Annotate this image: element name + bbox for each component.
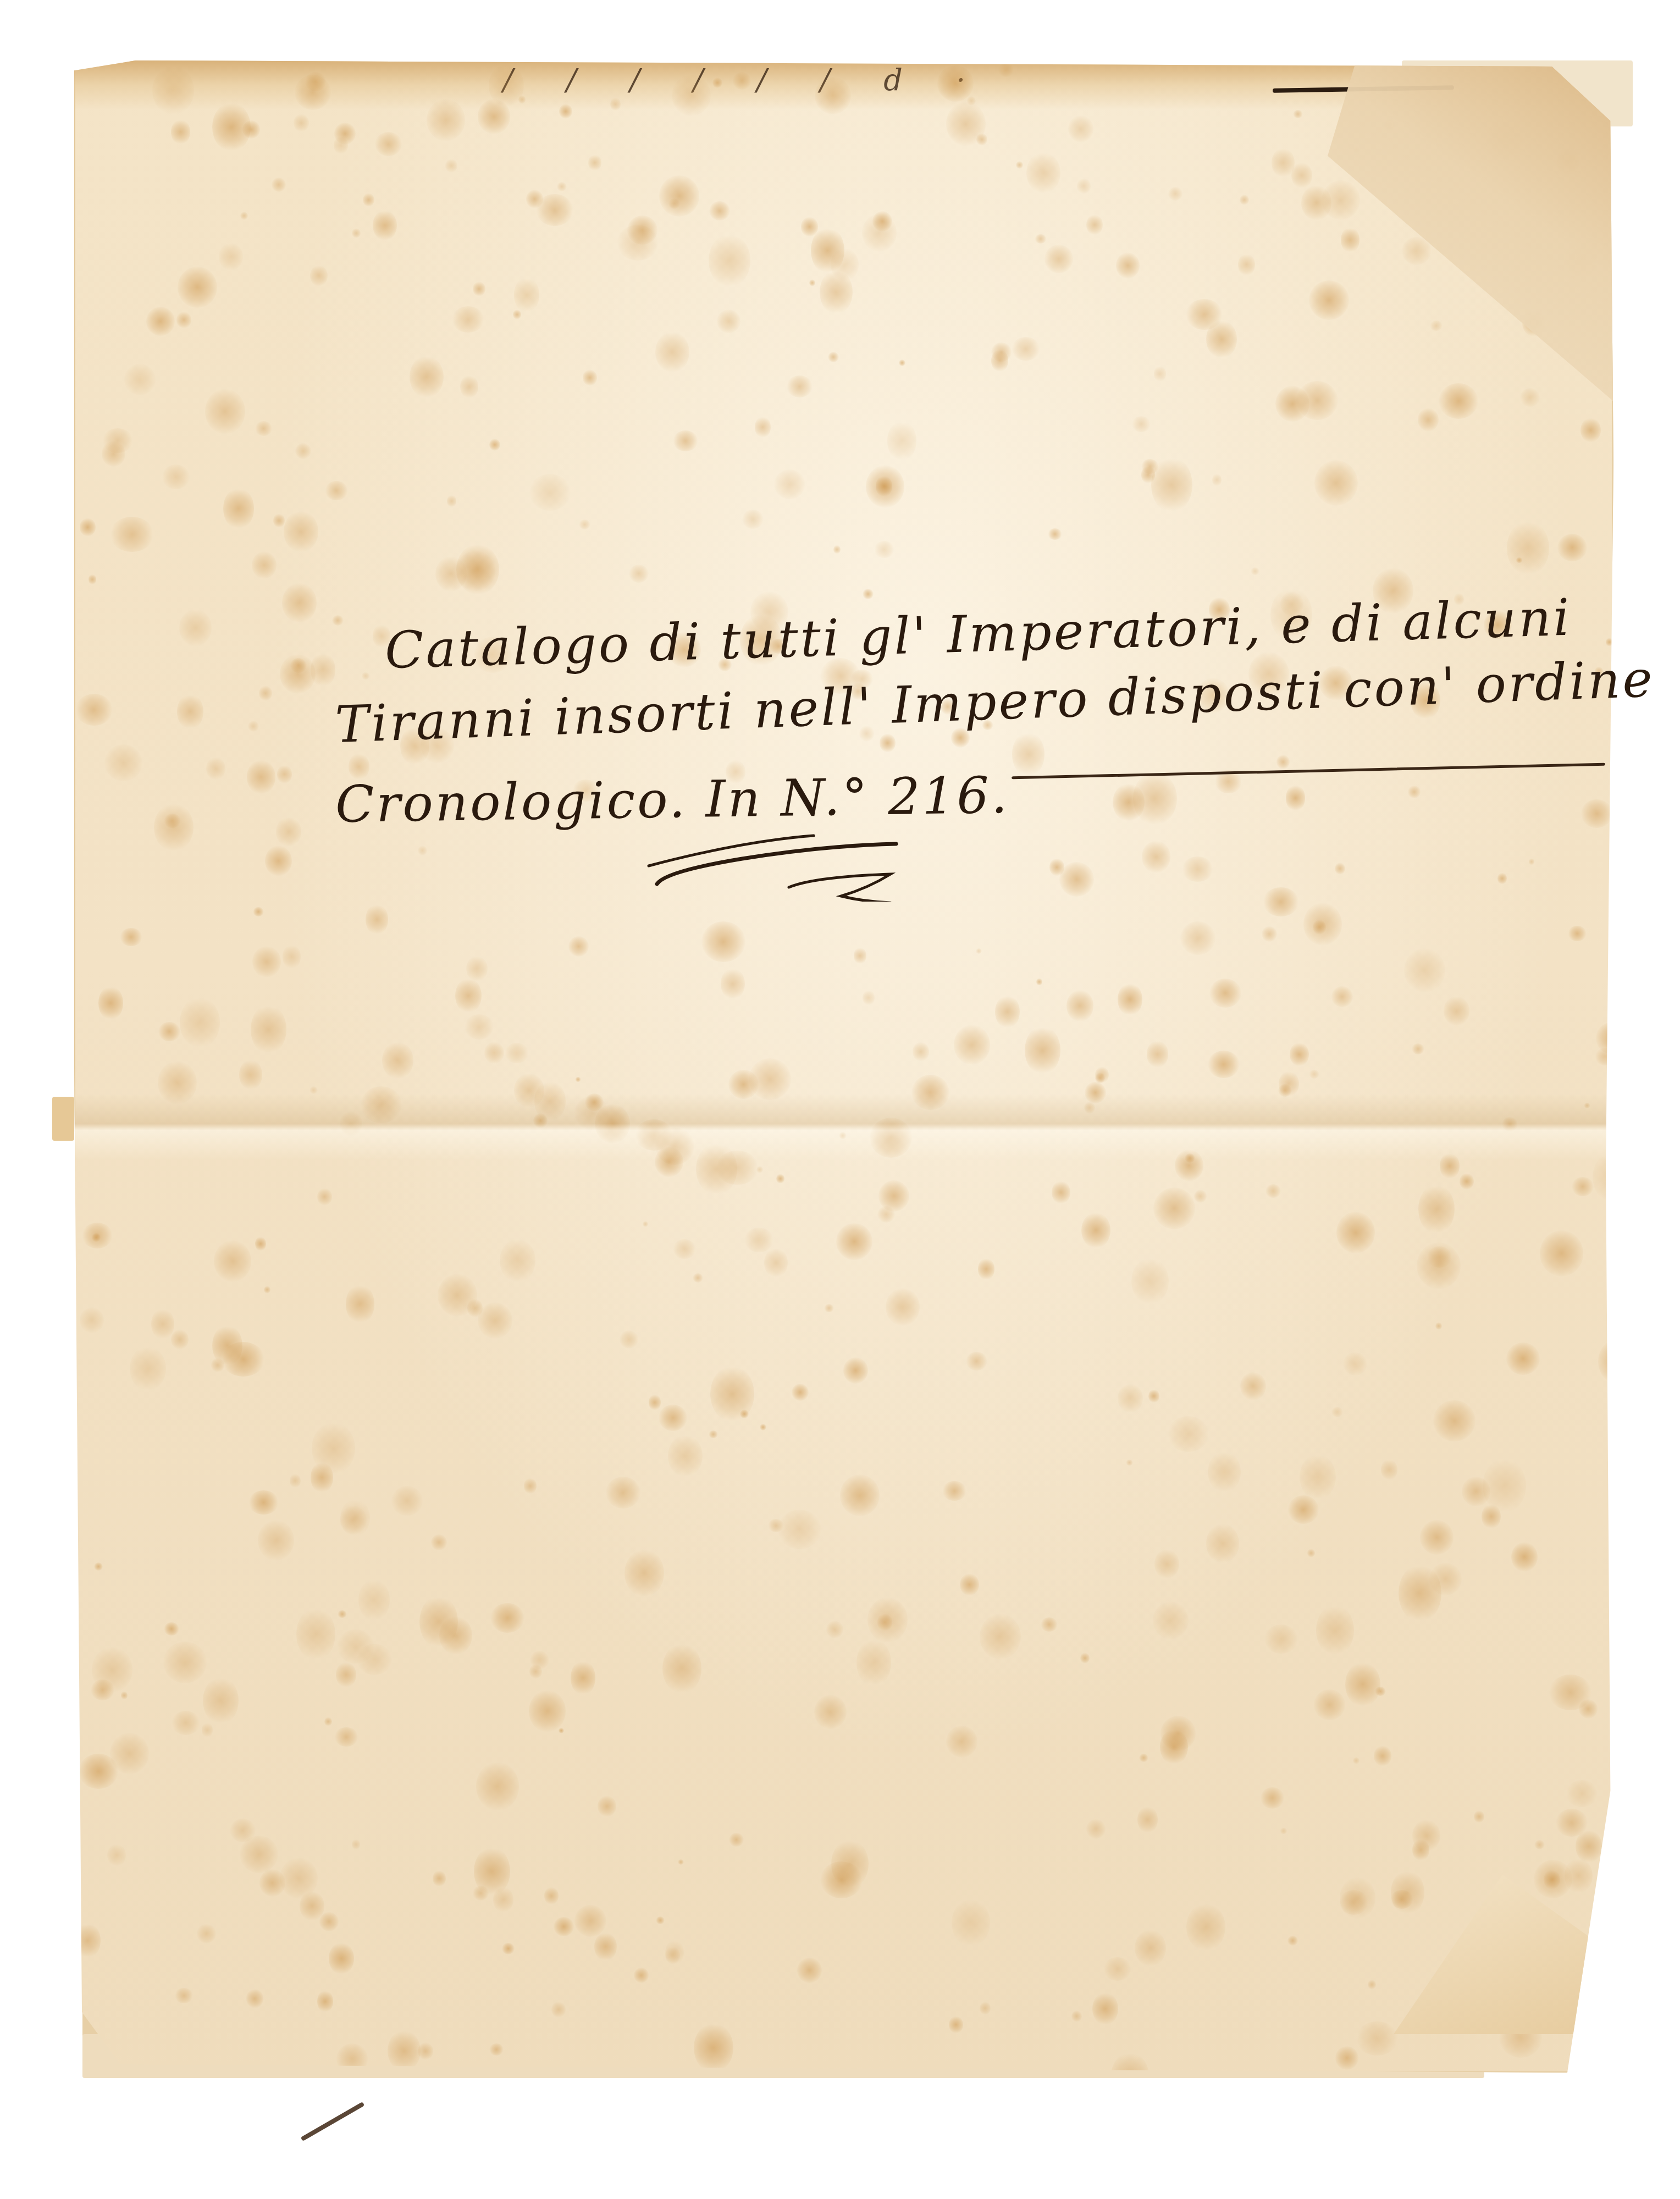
pen-flourish xyxy=(632,819,940,902)
foxing-stains xyxy=(74,60,1613,2073)
curled-corner-bottom-right xyxy=(1394,1875,1591,2034)
folded-corner-top-right xyxy=(1328,60,1613,401)
horizontal-fold-crease xyxy=(74,1094,1613,1160)
torn-spine-tab xyxy=(52,1097,74,1141)
binding-thread xyxy=(301,2102,365,2141)
manuscript-cover: / / / / / / d · xyxy=(74,60,1613,2073)
cut-off-handwriting: / / / / / / d · xyxy=(503,63,987,97)
